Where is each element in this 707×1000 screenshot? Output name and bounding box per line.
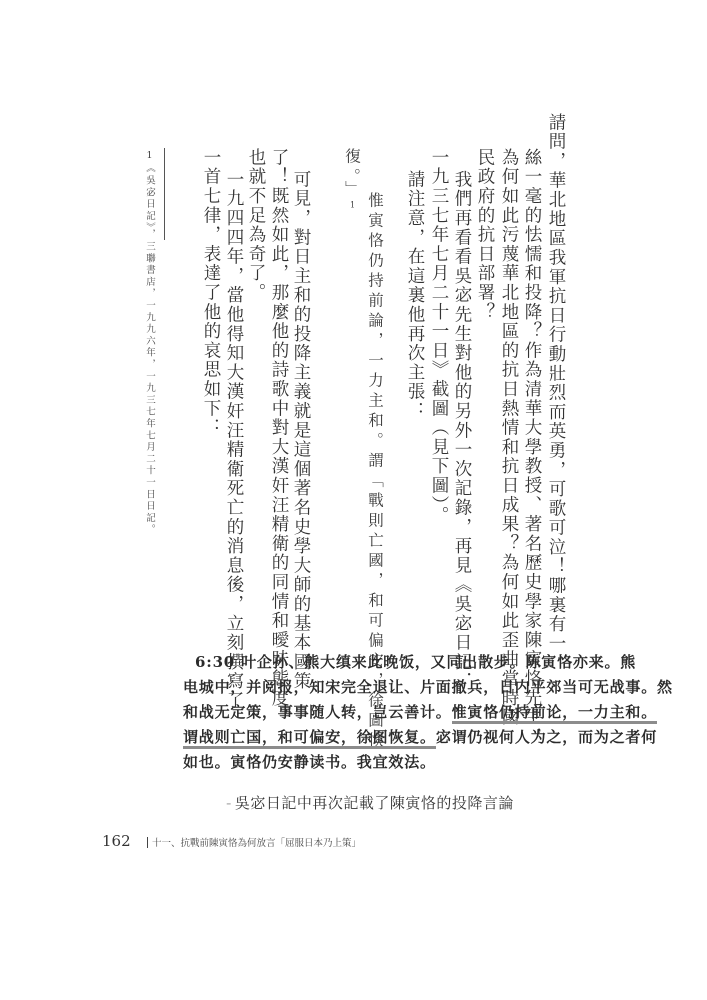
- scan-text: 和战无定策，事事随人转，岂云善计。: [183, 703, 452, 721]
- block-quote-line-2: 復。」1: [341, 148, 363, 209]
- scan-line-3: 和战无定策，事事随人转，岂云善计。惟寅恪仍持前论，一力主和。: [183, 700, 695, 725]
- figure-caption: -吳宓日記中再次記載了陳寅恪的投降言論: [226, 792, 514, 813]
- scan-highlighted-text: 谓战则亡国，和可偏安，徐图恢复。: [183, 728, 436, 749]
- footnote-ref[interactable]: 1: [348, 200, 357, 209]
- scan-text: 电城中，并阅报，知宋完全退让、片面撤兵，日内平郊当可无战事。然: [183, 678, 673, 696]
- body-column-3: 為何如此污蔑華北地區的抗日熱情和抗日成果？為何如此歪曲當時國: [498, 148, 520, 727]
- scan-highlighted-text: 惟寅恪仍持前论，一力主和。: [452, 703, 657, 724]
- body-column-6: 一九三七年七月二十一日》截圖（見下圖）。: [428, 148, 450, 525]
- body-column-12: 一首七律，表達了他的哀思如下：: [200, 148, 222, 438]
- running-head: 十一、抗戰前陳寅恪為何放言「屈服日本乃上策」: [147, 835, 361, 849]
- running-head-text: 十一、抗戰前陳寅恪為何放言「屈服日本乃上策」: [152, 838, 361, 849]
- caption-text: 吳宓日記中再次記載了陳寅恪的投降言論: [235, 794, 514, 812]
- body-column-5: 我們再看看吳宓先生對他的另外一次記錄，再見《吳宓日記．: [451, 170, 473, 691]
- scan-text: 如也。寅恪仍安静读书。我宜效法。: [183, 753, 436, 771]
- footnote: 1《吳宓日記》，三聯書店，一九九六年，一九三七年七月二十一日日記。: [142, 150, 156, 536]
- scan-text: 6:30 叶企孙、熊大缜来此晚饭，又同出散步。陈寅恪亦来。熊: [195, 653, 636, 671]
- page-number: 162: [102, 832, 131, 850]
- body-column-8: 可見，對日主和的投降主義就是這個著名史學大師的基本國策: [290, 170, 312, 691]
- body-column-9: 了！既然如此，那麼他的詩歌中對大漢奸汪精衛的同情和曖昧態度，: [268, 148, 290, 727]
- diary-scan-excerpt: 6:30 叶企孙、熊大缜来此晚饭，又同出散步。陈寅恪亦来。熊 电城中，并阅报，知…: [195, 650, 695, 775]
- caption-dash: -: [226, 794, 232, 812]
- body-column-11: 一九四四年，當他得知大漢奸汪精衛死亡的消息後，立刻撰寫了: [223, 170, 245, 710]
- footnote-divider: [164, 148, 165, 240]
- scan-line-5: 如也。寅恪仍安静读书。我宜效法。: [183, 750, 695, 775]
- scan-line-2: 电城中，并阅报，知宋完全退让、片面撤兵，日内平郊当可无战事。然: [183, 675, 695, 700]
- scan-text: 宓谓仍视何人为之，而为之者何: [436, 728, 657, 746]
- running-head-bar: [147, 837, 148, 848]
- body-column-7: 請注意，在這裏他再次主張：: [404, 170, 426, 421]
- body-column-10: 也就不足為奇了。: [245, 148, 267, 302]
- body-column-4: 民政府的抗日部署？: [474, 148, 496, 322]
- scan-line-4: 谓战则亡国，和可偏安，徐图恢复。宓谓仍视何人为之，而为之者何: [183, 725, 695, 750]
- block-quote-text: 復。」: [343, 148, 361, 200]
- body-column-1: 請問，華北地區我軍抗日行動壯烈而英勇，可歌可泣！哪裏有一: [545, 113, 567, 653]
- scan-line-1: 6:30 叶企孙、熊大缜来此晚饭，又同出散步。陈寅恪亦来。熊: [195, 650, 695, 675]
